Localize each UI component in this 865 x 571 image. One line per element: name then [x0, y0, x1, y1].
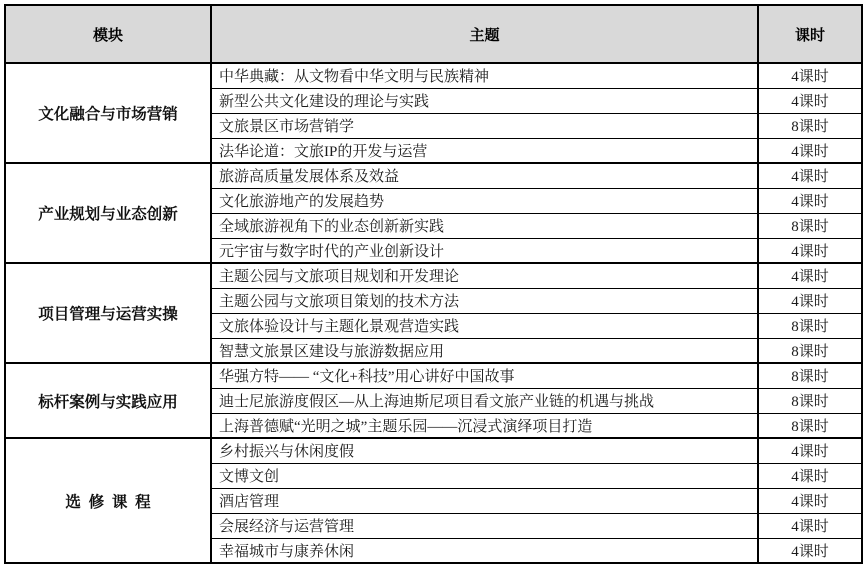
table-row: 选修课程 乡村振兴与休闲度假 4课时 [5, 438, 862, 463]
hours-cell: 8课时 [758, 213, 862, 238]
topic-cell: 幸福城市与康养休闲 [211, 538, 758, 563]
hours-cell: 8课时 [758, 313, 862, 338]
topic-cell: 中华典藏：从文物看中华文明与民族精神 [211, 63, 758, 88]
topic-cell: 主题公园与文旅项目策划的技术方法 [211, 288, 758, 313]
topic-cell: 文化旅游地产的发展趋势 [211, 188, 758, 213]
hours-cell: 4课时 [758, 488, 862, 513]
topic-cell: 旅游高质量发展体系及效益 [211, 163, 758, 188]
module-name-cell: 选修课程 [5, 438, 211, 563]
topic-cell: 迪士尼旅游度假区—从上海迪斯尼项目看文旅产业链的机遇与挑战 [211, 388, 758, 413]
header-module: 模块 [5, 5, 211, 63]
hours-cell: 4课时 [758, 263, 862, 288]
header-row: 模块 主题 课时 [5, 5, 862, 63]
header-hours: 课时 [758, 5, 862, 63]
table-row: 项目管理与运营实操 主题公园与文旅项目规划和开发理论 4课时 [5, 263, 862, 288]
course-schedule-table: 模块 主题 课时 文化融合与市场营销 中华典藏：从文物看中华文明与民族精神 4课… [4, 4, 863, 564]
topic-cell: 文旅体验设计与主题化景观营造实践 [211, 313, 758, 338]
table-row: 标杆案例与实践应用 华强方特—— “文化+科技”用心讲好中国故事 8课时 [5, 363, 862, 388]
hours-cell: 4课时 [758, 438, 862, 463]
table-row: 产业规划与业态创新 旅游高质量发展体系及效益 4课时 [5, 163, 862, 188]
hours-cell: 8课时 [758, 363, 862, 388]
topic-cell: 文旅景区市场营销学 [211, 113, 758, 138]
topic-cell: 华强方特—— “文化+科技”用心讲好中国故事 [211, 363, 758, 388]
hours-cell: 8课时 [758, 338, 862, 363]
table-body: 文化融合与市场营销 中华典藏：从文物看中华文明与民族精神 4课时 新型公共文化建… [5, 63, 862, 563]
topic-cell: 新型公共文化建设的理论与实践 [211, 88, 758, 113]
hours-cell: 4课时 [758, 288, 862, 313]
hours-cell: 4课时 [758, 538, 862, 563]
header-topic: 主题 [211, 5, 758, 63]
module-name-cell: 项目管理与运营实操 [5, 263, 211, 363]
topic-cell: 法华论道：文旅IP的开发与运营 [211, 138, 758, 163]
topic-cell: 乡村振兴与休闲度假 [211, 438, 758, 463]
topic-cell: 全域旅游视角下的业态创新新实践 [211, 213, 758, 238]
module-name-cell: 标杆案例与实践应用 [5, 363, 211, 438]
hours-cell: 4课时 [758, 463, 862, 488]
hours-cell: 4课时 [758, 188, 862, 213]
hours-cell: 8课时 [758, 413, 862, 438]
hours-cell: 4课时 [758, 138, 862, 163]
topic-cell: 会展经济与运营管理 [211, 513, 758, 538]
hours-cell: 4课时 [758, 238, 862, 263]
topic-cell: 主题公园与文旅项目规划和开发理论 [211, 263, 758, 288]
topic-cell: 酒店管理 [211, 488, 758, 513]
hours-cell: 4课时 [758, 63, 862, 88]
hours-cell: 4课时 [758, 163, 862, 188]
hours-cell: 4课时 [758, 88, 862, 113]
hours-cell: 8课时 [758, 388, 862, 413]
topic-cell: 上海普德赋“光明之城”主题乐园——沉浸式演绎项目打造 [211, 413, 758, 438]
topic-cell: 智慧文旅景区建设与旅游数据应用 [211, 338, 758, 363]
module-name-cell: 文化融合与市场营销 [5, 63, 211, 163]
page: 模块 主题 课时 文化融合与市场营销 中华典藏：从文物看中华文明与民族精神 4课… [0, 0, 865, 571]
topic-cell: 元宇宙与数字时代的产业创新设计 [211, 238, 758, 263]
topic-cell: 文博文创 [211, 463, 758, 488]
table-header: 模块 主题 课时 [5, 5, 862, 63]
hours-cell: 8课时 [758, 113, 862, 138]
module-name-cell: 产业规划与业态创新 [5, 163, 211, 263]
table-row: 文化融合与市场营销 中华典藏：从文物看中华文明与民族精神 4课时 [5, 63, 862, 88]
hours-cell: 4课时 [758, 513, 862, 538]
